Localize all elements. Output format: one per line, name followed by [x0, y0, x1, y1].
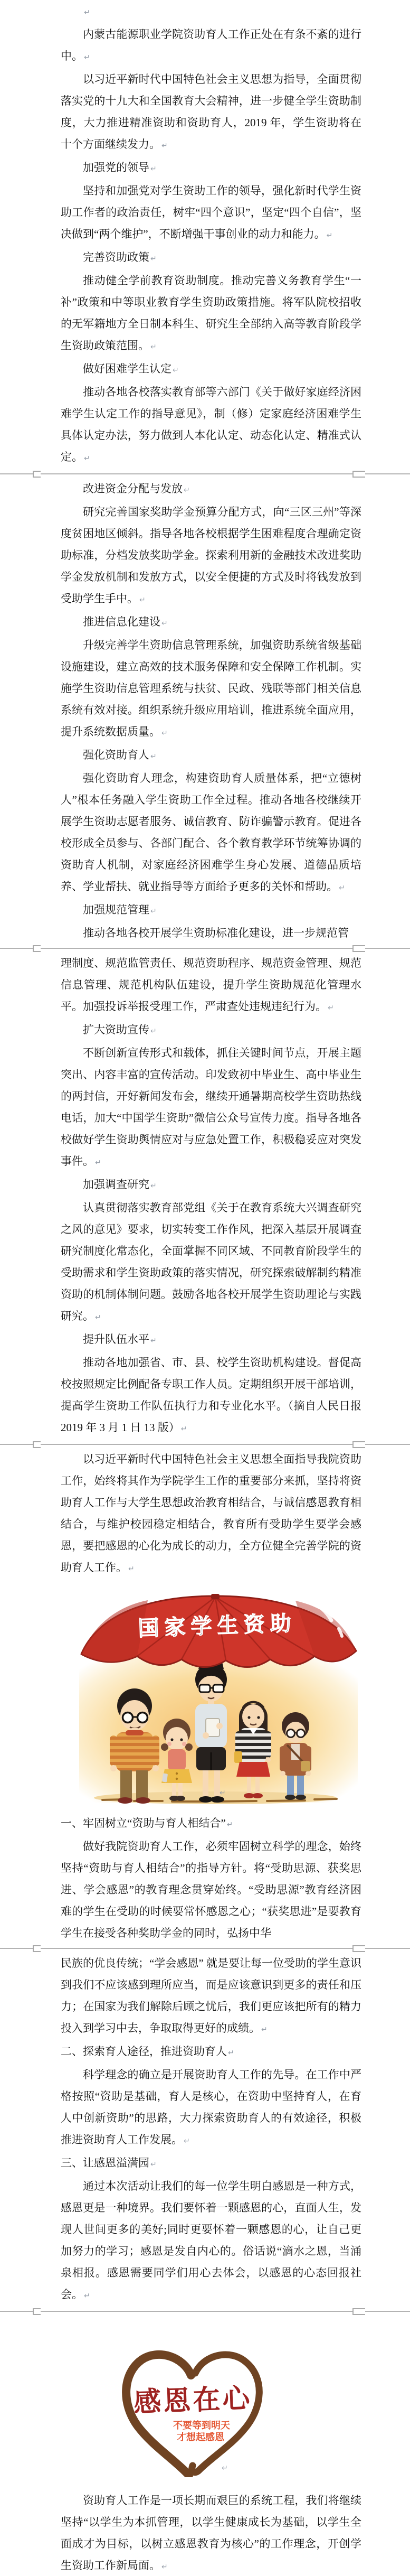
subsection-heading: 加强调查研究↵ [61, 1174, 361, 1197]
heart-subtitle-line1: 不要等到明天 [173, 2420, 230, 2431]
paragraph-mark: ↵ [327, 231, 333, 240]
paragraph-mark: ↵ [161, 2563, 168, 2571]
heart-subtitle-line2: 才想起感恩 [177, 2431, 225, 2442]
paragraph: 推动各地各校落实教育部等六部门《关于做好家庭经济困难学生认定工作的指导意见》，制… [61, 381, 361, 470]
subsection-heading: 扩大资助宣传↵ [61, 1019, 361, 1042]
heart-illustration-svg: 感恩在心 不要等到明天 才想起感恩 [111, 2345, 274, 2477]
empty-paragraph: ↵ [61, 1, 361, 24]
paragraph-continued: 理制度、规范监管责任、规范资助程序、规范资金管理、规范信息管理、规范机构队伍建设… [61, 953, 361, 1019]
subsection-heading: 加强规范管理↵ [61, 899, 361, 922]
paragraph: 资助育人工作是一项长期而艰巨的系统工程，我们将继续坚持“以学生为本抓管理，以学生… [61, 2490, 361, 2576]
paragraph-mark: ↵ [150, 1182, 157, 1190]
paragraph: 研究完善国家奖助学金预算分配方式，向“三区三州”等深度贫困地区倾斜。指导各地各校… [61, 501, 361, 611]
section-heading: 二、探索育人途径，推进资助育人↵ [61, 2041, 361, 2064]
page-break-line [0, 2311, 410, 2312]
umbrella-illustration-svg: 国家学生资助 [79, 1594, 358, 1805]
paragraph: 认真贯彻落实教育部党组《关于在教育系统大兴调查研究之风的意见》要求，切实转变工作… [61, 1197, 361, 1329]
page-break [0, 470, 410, 478]
paragraph-mark: ↵ [181, 1425, 187, 1433]
page-margin-mark-left [33, 2308, 41, 2315]
page-margin-mark-right [352, 945, 365, 952]
paragraph: 做好我院资助育人工作，必须牢固树立科学的理念，始终坚持“资助与育人相结合”的指导… [61, 1836, 361, 1944]
paragraph-continued: 民族的优良传统；“学会感恩” 就是要让每一位受助的学生意识到我们不应该感到理所应… [61, 1953, 361, 2041]
paragraph-mark: ↵ [184, 2137, 190, 2145]
paragraph-mark: ↵ [227, 1821, 233, 1829]
section-heading: 三、让感恩溢满园↵ [61, 2152, 361, 2176]
paragraph-mark: ↵ [220, 1782, 226, 1804]
paragraph-mark: ↵ [128, 1565, 135, 1573]
paragraph-mark: ↵ [150, 165, 157, 173]
page-break [0, 944, 410, 953]
paragraph-mark: ↵ [139, 596, 146, 604]
page-margin-mark-left [33, 1945, 41, 1952]
paragraph: 内蒙古能源职业学院资助育人工作正处在有条不紊的进行中。↵ [61, 24, 361, 69]
paragraph: 推动健全学前教育资助制度。推动完善义务教育学生“一补”政策和中等职业教育学生资助… [61, 270, 361, 358]
document-page: ↵ 内蒙古能源职业学院资助育人工作正处在有条不紊的进行中。↵ 以习近平新时代中国… [0, 0, 410, 2576]
paragraph-mark: ↵ [84, 8, 90, 17]
paragraph-mark: ↵ [161, 729, 168, 738]
page-margin-mark-right [352, 2308, 365, 2315]
subsection-heading: 推进信息化建设↵ [61, 611, 361, 634]
page-margin-mark-right [352, 471, 365, 478]
subsection-heading: 改进资金分配与发放↵ [61, 478, 361, 501]
page-break [0, 2307, 410, 2316]
paragraph-mark: ↵ [222, 2458, 228, 2479]
page-break-line [0, 1444, 410, 1445]
document-body: ↵ 内蒙古能源职业学院资助育人工作正处在有条不紊的进行中。↵ 以习近平新时代中国… [0, 0, 410, 2576]
paragraph: 升级完善学生资助信息管理系统，加强资助系统省级基础设施建设，建立高效的技术服务保… [61, 634, 361, 744]
umbrella-illustration: 国家学生资助 ↵ [79, 1594, 358, 1805]
page-break [0, 1944, 410, 1953]
page-margin-mark-left [33, 945, 41, 952]
paragraph-mark: ↵ [261, 2026, 268, 2034]
page-break [0, 1440, 410, 1449]
paragraph-mark: ↵ [150, 752, 157, 761]
paragraph: 以习近平新时代中国特色社会主义思想全面指导我院资助工作，始终将其作为学院学生工作… [61, 1449, 361, 1580]
paragraph: 通过本次活动让我们的每一位学生明白感恩是一种方式，感恩更是一种境界。我们要怀着一… [61, 2176, 361, 2307]
paragraph-mark: ↵ [84, 53, 90, 62]
page-break-line [0, 473, 410, 474]
heart-calligraphy-text: 感恩在心 [133, 2383, 252, 2418]
paragraph-mark: ↵ [150, 343, 157, 351]
paragraph-mark: ↵ [173, 366, 179, 375]
paragraph-mark: ↵ [150, 1337, 157, 1345]
paragraph-mark: ↵ [84, 454, 90, 463]
paragraph-mark: ↵ [161, 619, 168, 628]
section-heading: 一、牢固树立“资助与育人相结合”↵ [61, 1813, 361, 1836]
paragraph: 以习近平新时代中国特色社会主义思想为指导，全面贯彻落实党的十九大和全国教育大会精… [61, 69, 361, 157]
page-margin-mark-right [352, 1441, 365, 1448]
paragraph-mark: ↵ [184, 486, 190, 494]
page-margin-mark-right [352, 1945, 365, 1952]
paragraph-mark: ↵ [95, 1159, 101, 1167]
paragraph: 强化资助育人理念，构建资助育人质量体系，把“立德树人”根本任务融入学生资助工作全… [61, 768, 361, 899]
page-break-line [0, 948, 410, 949]
subsection-heading: 加强党的领导↵ [61, 157, 361, 180]
page-break-line [0, 1948, 410, 1949]
paragraph-mark: ↵ [228, 2049, 234, 2057]
subsection-heading: 完善资助政策↵ [61, 247, 361, 270]
paragraph: 推动各地各校开展学生资助标准化建设，进一步规范管 [61, 922, 361, 944]
subsection-heading: 提升队伍水平↵ [61, 1329, 361, 1352]
paragraph: 坚持和加强党对学生资助工作的领导，强化新时代学生资助工作者的政治责任，树牢“四个… [61, 180, 361, 247]
paragraph-mark: ↵ [150, 255, 157, 263]
paragraph-mark: ↵ [328, 1004, 334, 1012]
paragraph-mark: ↵ [150, 907, 157, 916]
paragraph-mark: ↵ [339, 884, 345, 892]
paragraph: 不断创新宣传形式和载体，抓住关键时间节点，开展主题突出、内容丰富的宣传活动。印发… [61, 1042, 361, 1174]
page-margin-mark-left [33, 471, 41, 478]
paragraph: 科学理念的确立是开展资助育人工作的先导。在工作中严格按照“资助是基础，育人是核心… [61, 2064, 361, 2152]
paragraph-mark: ↵ [84, 2292, 90, 2300]
paragraph-mark: ↵ [95, 1313, 101, 1322]
heart-illustration: 感恩在心 不要等到明天 才想起感恩 ↵ [111, 2345, 274, 2477]
umbrella-canopy: 国家学生资助 [81, 1594, 356, 1667]
paragraph: 推动各地加强省、市、县、校学生资助机构建设。督促高校按照规定比例配备专职工作人员… [61, 1352, 361, 1440]
paragraph-mark: ↵ [150, 1027, 157, 1035]
subsection-heading: 做好困难学生认定↵ [61, 358, 361, 381]
subsection-heading: 强化资助育人↵ [61, 744, 361, 768]
paragraph-mark: ↵ [161, 142, 168, 150]
page-margin-mark-left [33, 1441, 41, 1448]
paragraph-mark: ↵ [150, 2160, 157, 2169]
